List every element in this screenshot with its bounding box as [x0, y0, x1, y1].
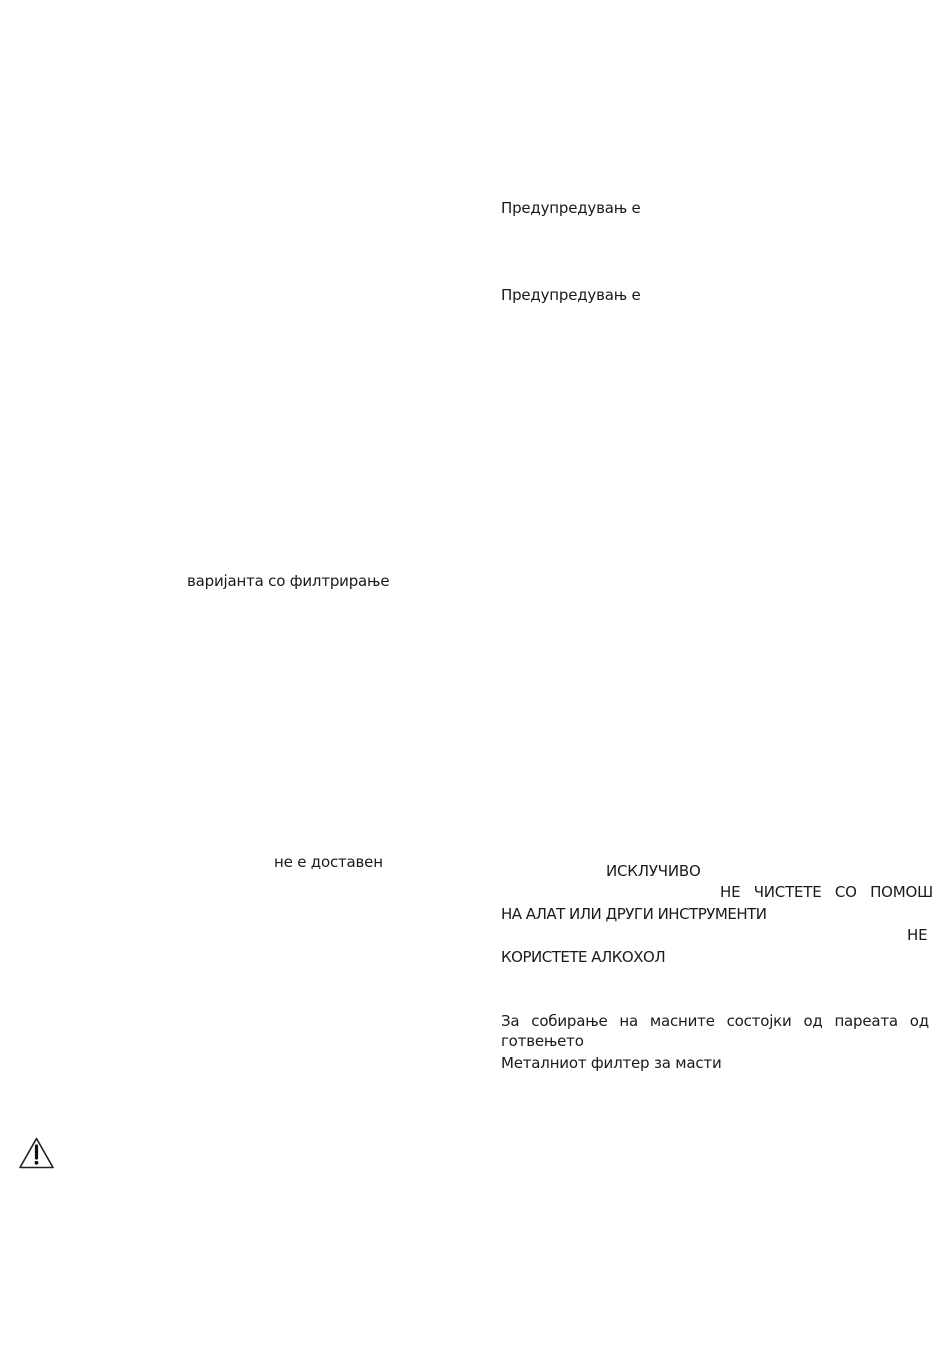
warning-triangle-icon — [18, 1136, 55, 1170]
word: ЧИСТЕТЕ — [754, 881, 822, 903]
word: пареата — [834, 1010, 897, 1032]
word: состојки — [727, 1010, 792, 1032]
warning-heading-1: Предупредувањ е — [501, 197, 641, 219]
grease-filter-purpose-line1: За собирање на масните состојки од пареа… — [501, 1010, 929, 1032]
variant-filtering-label: варијанта со филтрирање — [187, 570, 389, 592]
word: ПОМОШ — [870, 881, 933, 903]
word: од — [910, 1010, 929, 1032]
word: од — [803, 1010, 822, 1032]
grease-filter-purpose-line2: готвењето — [501, 1030, 584, 1052]
exclusively-text: ИСКЛУЧИВО — [606, 860, 701, 882]
word: За — [501, 1010, 519, 1032]
word: собирање — [531, 1010, 607, 1032]
do-not-text: НЕ — [907, 924, 927, 946]
do-not-clean-line1: НЕ ЧИСТЕТЕ СО ПОМОШ — [720, 881, 933, 903]
word: НЕ — [720, 881, 740, 903]
word: на — [619, 1010, 638, 1032]
use-alcohol-text: КОРИСТЕТЕ АЛКОХОЛ — [501, 946, 665, 968]
grease-filter-name: Металниот филтер за масти — [501, 1052, 722, 1074]
not-supplied-label: не е доставен — [274, 851, 383, 873]
word: СО — [835, 881, 857, 903]
word: масните — [650, 1010, 715, 1032]
do-not-clean-line2: НА АЛАТ ИЛИ ДРУГИ ИНСТРУМЕНТИ — [501, 903, 766, 925]
warning-heading-2: Предупредувањ е — [501, 284, 641, 306]
